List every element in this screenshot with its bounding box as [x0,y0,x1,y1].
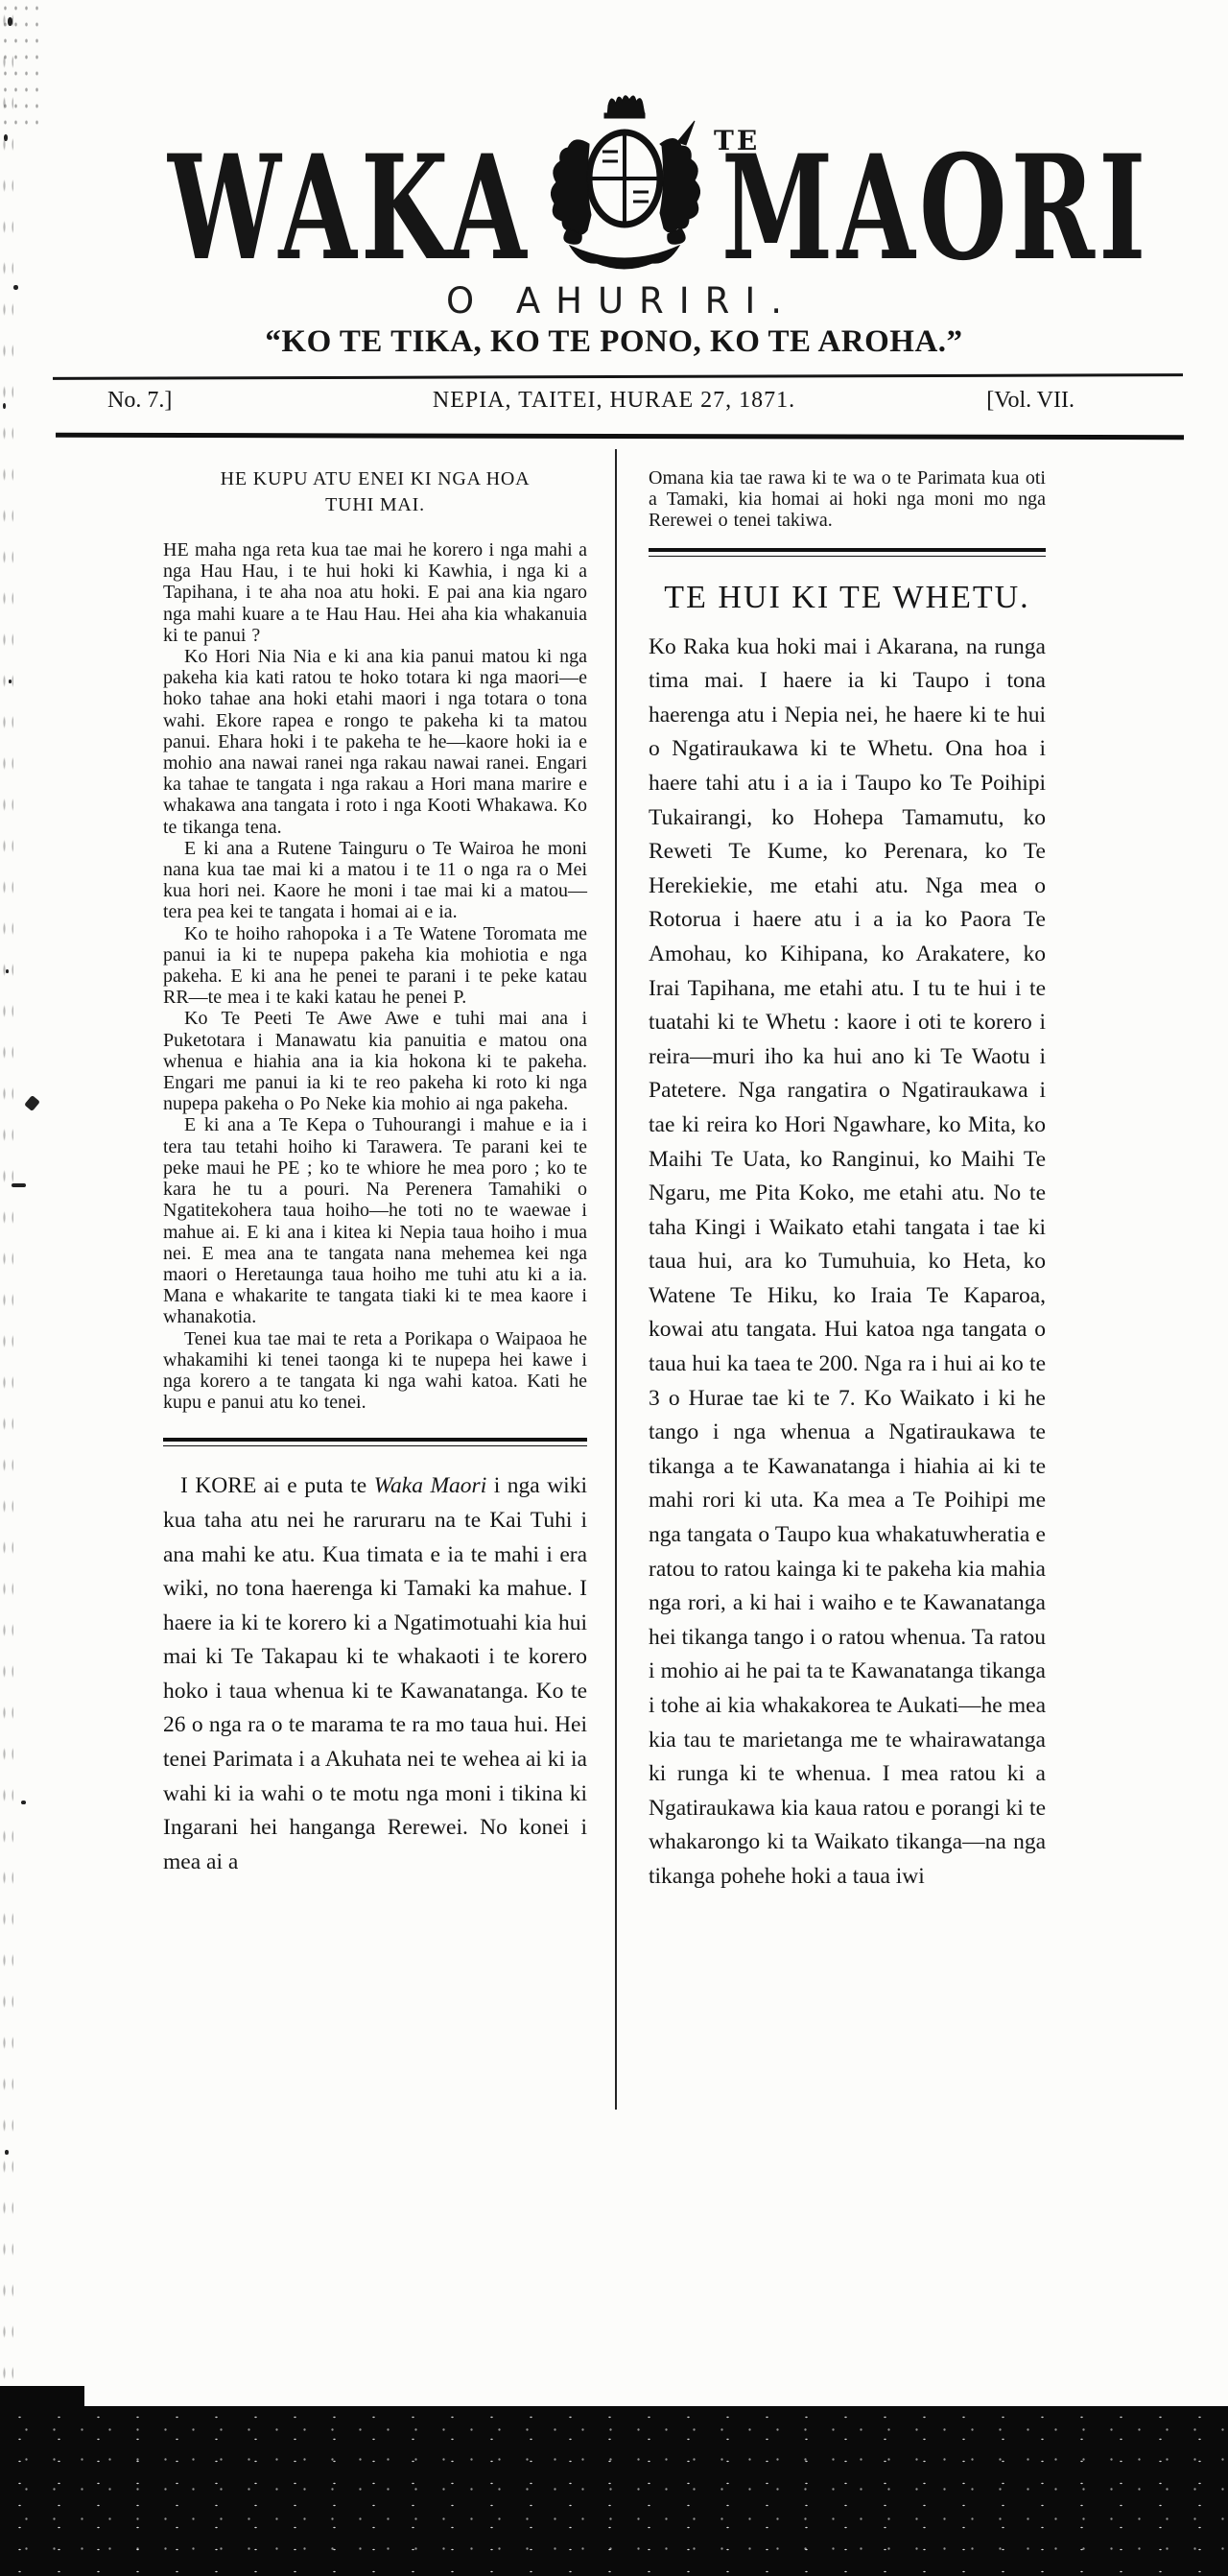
scan-speck [12,1183,26,1187]
letter-paragraph: Ko Te Peeti Te Awe Awe e tuhi mai ana i … [163,1008,587,1114]
notice-paper-name: Waka Maori [374,1473,487,1498]
right-column: Omana kia tae rawa ki te wa o te Parimat… [649,467,1046,1895]
masthead-title-waka: WAKA [168,136,531,280]
notice-rest: i nga wiki kua taha atu nei he raruraru … [163,1473,587,1874]
bottom-scan-strip [0,2406,1228,2576]
scan-speck [3,403,6,409]
scan-speck [21,1801,26,1804]
dateline-rule [56,433,1184,440]
masthead-title-maori: MAORI [721,136,1150,280]
letter-paragraph: Ko te hoiho rahopoka i a Te Watene Torom… [163,923,587,1009]
scan-speck [4,134,8,141]
column-divider [615,449,617,2110]
letter-paragraph: Ko Hori Nia Nia e ki ana kia panui matou… [163,646,587,838]
letter-paragraph: E ki ana a Rutene Tainguru o Te Wairoa h… [163,838,587,923]
letters-heading: HE KUPU ATU ENEI KI NGA HOA TUHI MAI. [163,466,587,518]
masthead-motto: “KO TE TIKA, KO TE PONO, KO TE AROHA.” [0,324,1228,360]
scan-speck [5,2150,9,2155]
letter-paragraph: E ki ana a Te Kepa o Tuhourangi i mahue … [163,1114,587,1327]
letters-heading-line2: TUHI MAI. [163,492,587,518]
royal-crest-icon [533,84,716,281]
newspaper-page: { "colors": { "ink": "#161616", "paper":… [0,0,1228,2576]
scan-edge-noise [0,0,13,2399]
masthead-rule [53,373,1183,380]
left-column: HE KUPU ATU ENEI KI NGA HOA TUHI MAI. HE… [163,466,587,1879]
article-heading: TE HUI KI TE WHETU. [649,580,1046,616]
continuation-paragraph: Omana kia tae rawa ki te wa o te Parimat… [649,467,1046,532]
article-body: Ko Raka kua hoki mai i Akarana, na runga… [649,631,1046,1895]
masthead-subtitle: O AHURIRI. [0,280,1228,322]
notice-lead: I KORE ai e puta te [180,1473,374,1498]
article-rule [649,548,1046,557]
volume-number: [Vol. VII. [986,388,1074,414]
scan-speck [9,680,12,683]
scan-speck [13,285,18,290]
scan-speck [24,1095,40,1111]
letter-paragraph: Tenei kua tae mai te reta a Porikapa o W… [163,1328,587,1414]
editorial-notice: I KORE ai e puta te Waka Maori i nga wik… [163,1469,587,1879]
scan-speck [6,969,9,973]
section-rule [163,1438,587,1446]
letter-paragraph: HE maha nga reta kua tae mai he korero i… [163,539,587,646]
scan-speck [8,17,12,26]
letters-heading-line1: HE KUPU ATU ENEI KI NGA HOA [163,466,587,492]
